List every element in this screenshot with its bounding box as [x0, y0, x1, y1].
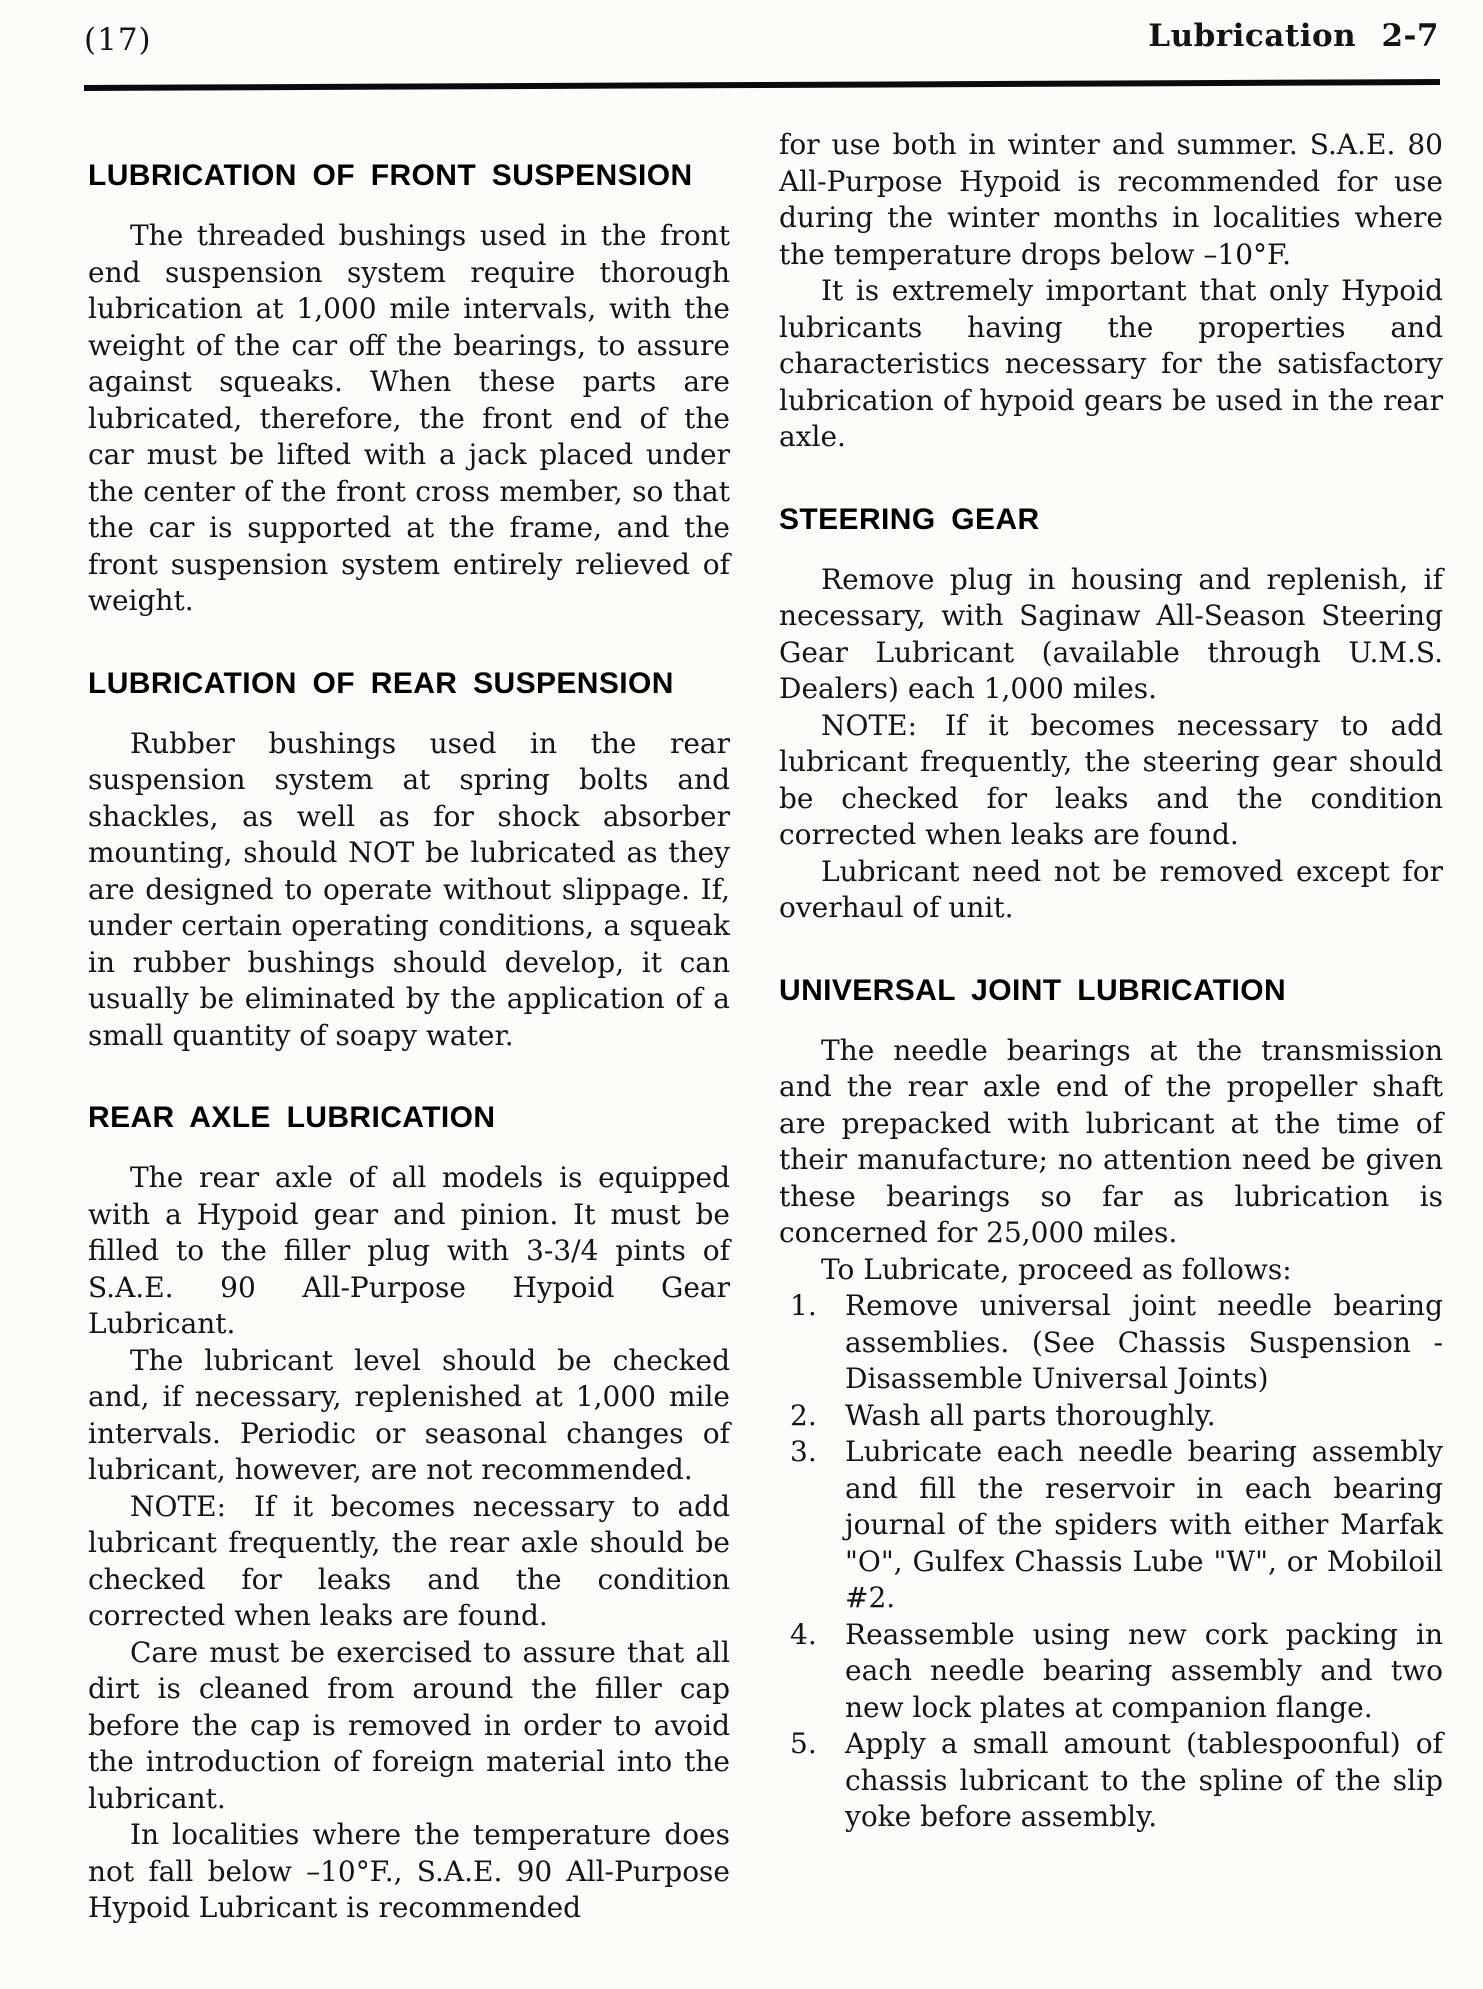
header-rule [84, 79, 1440, 91]
list-item-number: 4. [779, 1617, 845, 1727]
list-item-number: 2. [779, 1398, 845, 1435]
left-column: LUBRICATION OF FRONT SUSPENSION The thre… [88, 152, 730, 1927]
list-item-text: Wash all parts thoroughly. [845, 1398, 1443, 1435]
paragraph: The needle bearings at the transmission … [779, 1033, 1443, 1252]
paragraph-note: NOTE: If it becomes necessary to add lub… [88, 1489, 730, 1635]
paragraph: Remove plug in housing and replenish, if… [779, 562, 1443, 708]
paragraph: It is extremely important that only Hypo… [779, 273, 1443, 456]
paragraph: Care must be exercised to assure that al… [88, 1635, 730, 1818]
list-item: 2. Wash all parts thoroughly. [779, 1398, 1443, 1435]
paragraph-continuation: for use both in winter and summer. S.A.E… [779, 127, 1443, 273]
right-column: for use both in winter and summer. S.A.E… [779, 127, 1443, 1836]
manual-page: (17) Lubrication 2-7 LUBRICATION OF FRON… [0, 0, 1483, 1989]
heading-steering-gear: STEERING GEAR [779, 502, 1443, 538]
list-item: 4. Reassemble using new cork packing in … [779, 1617, 1443, 1727]
heading-lubrication-front-suspension: LUBRICATION OF FRONT SUSPENSION [88, 158, 730, 194]
list-item-text: Reassemble using new cork packing in eac… [845, 1617, 1443, 1727]
paragraph: The lubricant level should be checked an… [88, 1343, 730, 1489]
paragraph: Rubber bushings used in the rear suspens… [88, 726, 730, 1055]
paragraph: The rear axle of all models is equipped … [88, 1160, 730, 1343]
paragraph: The threaded bushings used in the front … [88, 218, 730, 620]
heading-lubrication-rear-suspension: LUBRICATION OF REAR SUSPENSION [88, 666, 730, 702]
heading-universal-joint-lubrication: UNIVERSAL JOINT LUBRICATION [779, 973, 1443, 1009]
list-item-text: Lubricate each needle bearing assembly a… [845, 1434, 1443, 1617]
paragraph: Lubricant need not be removed except for… [779, 854, 1443, 927]
list-item-number: 1. [779, 1288, 845, 1398]
header-chapter-title: Lubrication 2-7 [1148, 18, 1439, 54]
list-item: 3. Lubricate each needle bearing assembl… [779, 1434, 1443, 1617]
list-item-number: 3. [779, 1434, 845, 1617]
list-item: 5. Apply a small amount (tablespoonful) … [779, 1726, 1443, 1836]
page-number: (17) [84, 22, 152, 58]
list-item-number: 5. [779, 1726, 845, 1836]
paragraph-note: NOTE: If it becomes necessary to add lub… [779, 708, 1443, 854]
lubrication-steps-list: 1. Remove universal joint needle bearing… [779, 1288, 1443, 1836]
list-item-text: Apply a small amount (tablespoonful) of … [845, 1726, 1443, 1836]
list-item-text: Remove universal joint needle bearing as… [845, 1288, 1443, 1398]
paragraph: In localities where the temperature does… [88, 1817, 730, 1927]
list-item: 1. Remove universal joint needle bearing… [779, 1288, 1443, 1398]
heading-rear-axle-lubrication: REAR AXLE LUBRICATION [88, 1100, 730, 1136]
paragraph: To Lubricate, proceed as follows: [779, 1252, 1443, 1289]
